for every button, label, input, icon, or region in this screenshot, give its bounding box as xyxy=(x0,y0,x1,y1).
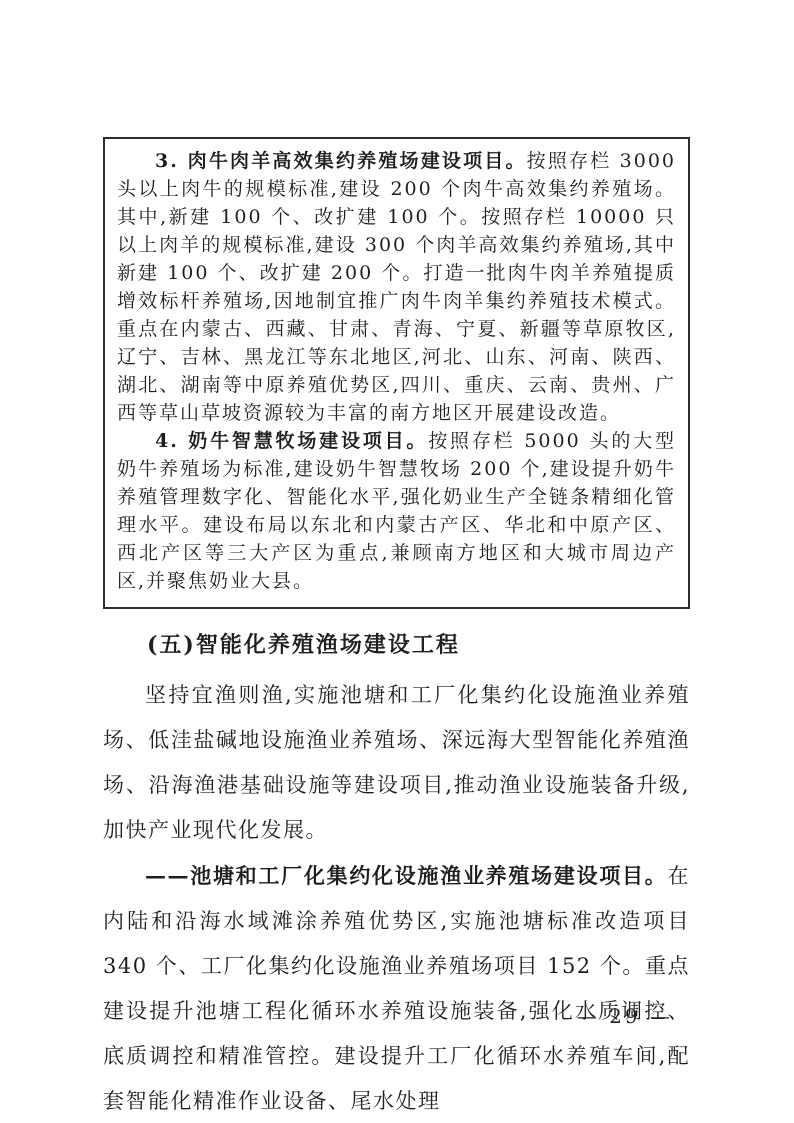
item-paragraph-text: 在内陆和沿海水域滩涂养殖优势区,实施池塘标准改造项目 340 个、工厂化集约化设… xyxy=(103,864,690,1113)
section-heading: (五)智能化养殖渔场建设工程 xyxy=(103,629,690,661)
item-paragraph-lead: ——池塘和工厂化集约化设施渔业养殖场建设项目。 xyxy=(145,863,668,888)
page-number: — 29 — xyxy=(577,1004,673,1028)
document-page: 3. 肉牛肉羊高效集约养殖场建设项目。按照存栏 3000 头以上肉牛的规模标准,… xyxy=(0,0,794,1123)
page-content: 3. 肉牛肉羊高效集约养殖场建设项目。按照存栏 3000 头以上肉牛的规模标准,… xyxy=(103,137,690,1123)
box-paragraph-3-text: 按照存栏 3000 头以上肉牛的规模标准,建设 200 个肉牛高效集约养殖场。其… xyxy=(117,150,676,424)
box-paragraph-4-text: 按照存栏 5000 头的大型奶牛养殖场为标准,建设奶牛智慧牧场 200 个,建设… xyxy=(117,430,676,592)
box-paragraph-3: 3. 肉牛肉羊高效集约养殖场建设项目。按照存栏 3000 头以上肉牛的规模标准,… xyxy=(117,147,676,427)
content-box: 3. 肉牛肉羊高效集约养殖场建设项目。按照存栏 3000 头以上肉牛的规模标准,… xyxy=(103,137,690,609)
item-paragraph: ——池塘和工厂化集约化设施渔业养殖场建设项目。在内陆和沿海水域滩涂养殖优势区,实… xyxy=(103,853,690,1123)
box-paragraph-4: 4. 奶牛智慧牧场建设项目。按照存栏 5000 头的大型奶牛养殖场为标准,建设奶… xyxy=(117,427,676,595)
box-paragraph-3-heading: 3. 肉牛肉羊高效集约养殖场建设项目。 xyxy=(155,150,527,172)
box-paragraph-4-heading: 4. 奶牛智慧牧场建设项目。 xyxy=(155,430,428,452)
intro-paragraph: 坚持宜渔则渔,实施池塘和工厂化集约化设施渔业养殖场、低洼盐碱地设施渔业养殖场、深… xyxy=(103,673,690,853)
